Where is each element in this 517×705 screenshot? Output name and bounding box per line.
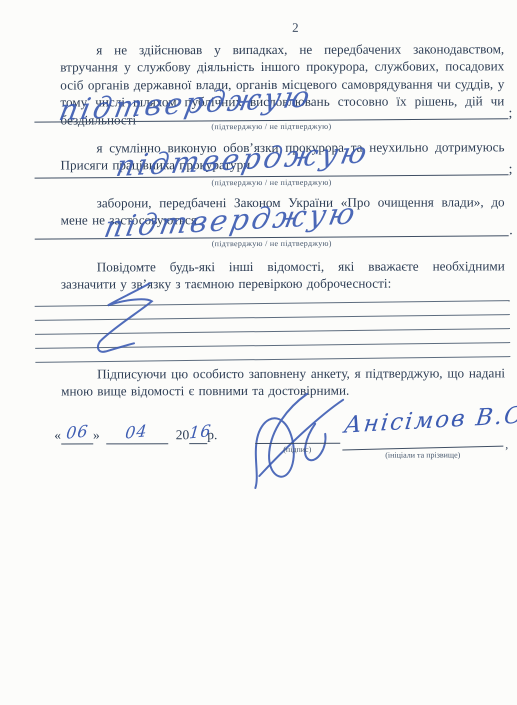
confirmation-blank-line: ; [34,164,508,178]
line-end-punctuation: . [509,223,513,239]
signature-caption: (підпис) [252,445,342,454]
confirmation-blank-line: ; [34,108,508,122]
name-handwritten: Анісімов В.О [343,402,517,438]
date-day-handwritten: 06 [65,421,89,443]
signature-blank-line [255,433,340,444]
strike-through-mark [92,281,164,371]
confirmation-block-2: підтверджую ; (підтверджую / не підтверд… [35,165,509,187]
name-blank-line [342,436,503,451]
line-end-punctuation: ; [509,162,513,178]
scanned-page: 2 я не здійснював у випадках, не передба… [0,0,517,705]
line-end-punctuation: ; [508,106,512,122]
confirmation-blank-line: . [35,225,509,239]
confirmation-block-1: підтверджую ; (підтверджую / не підтверд… [34,109,508,131]
year-century: 20 [176,427,190,443]
date-month-blank: 04 [106,424,168,444]
date-year-handwritten: 16 [188,421,212,443]
closing-quote: » [93,427,100,443]
date-line: «06»042016 р. [54,424,217,444]
confirmation-block-3: підтверджую . (підтверджую / не підтверд… [35,226,509,248]
confirmation-caption: (підтверджую / не підтверджую) [35,177,509,187]
punctuation-after-name: , [505,437,508,452]
date-month-handwritten: 04 [125,421,149,443]
date-day-blank: 06 [61,424,93,444]
name-caption: (ініціали та прізвище) [342,450,503,459]
page-number: 2 [292,20,299,36]
date-year-blank: 16 [189,424,207,444]
